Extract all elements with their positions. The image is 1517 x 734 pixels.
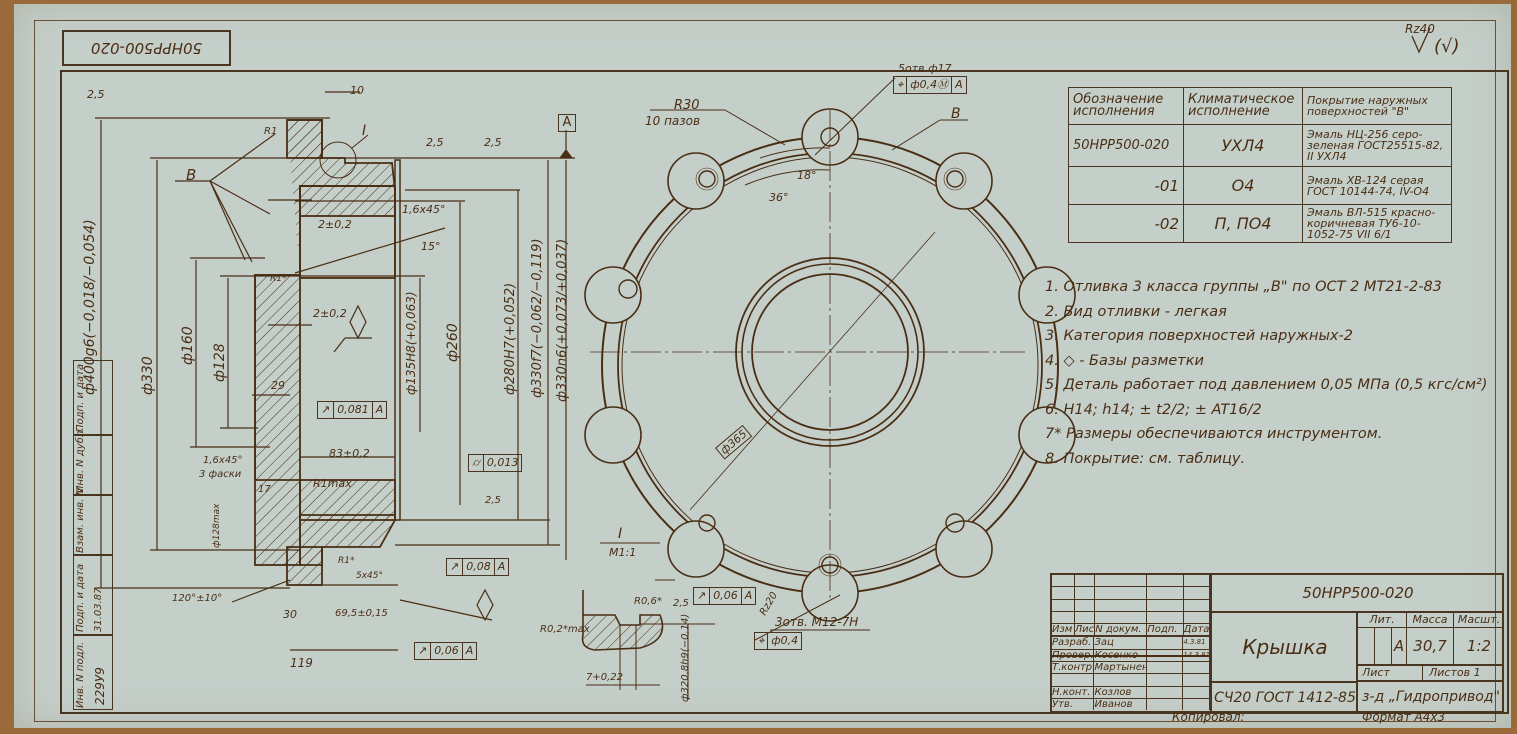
- detail-label: I: [618, 526, 622, 542]
- dim-2-tol-2: 2±0,2: [313, 307, 347, 320]
- header-climate: Климатическое исполнение: [1184, 88, 1303, 125]
- table-row: -01 О4 Эмаль ХВ-124 серая ГОСТ 10144-74,…: [1069, 167, 1452, 205]
- note-2: 2. Вид отливки - легкая: [1045, 300, 1487, 325]
- holes-top-label: 5отв.ф17: [898, 62, 952, 75]
- execution-table: Обозначение исполнения Климатическое исп…: [1068, 87, 1452, 243]
- detail-roughness: 2,5: [673, 598, 689, 609]
- note-8: 8. Покрытие: см. таблицу.: [1045, 447, 1487, 472]
- table-row: 50НРР500-020 УХЛ4 Эмаль НЦ-256 серо-зеле…: [1069, 125, 1452, 167]
- slot-count: 10 пазов: [645, 114, 700, 128]
- role-row: Т.контр. Мартыненко: [1052, 662, 1210, 674]
- dim-15deg: 15°: [421, 240, 441, 253]
- angle-36: 36°: [769, 191, 789, 204]
- note-1: 1. Отливка 3 класса группы „В" по ОСТ 2 …: [1045, 275, 1487, 300]
- dim-d128max: ф128max: [212, 504, 222, 548]
- position-tolerance-frame: ⌖ ф0,4Ⓜ A: [893, 76, 967, 94]
- note-7: 7* Размеры обеспечиваются инструментом.: [1045, 422, 1487, 447]
- scale-value: 1:2: [1454, 628, 1504, 664]
- runout-frame-2: ↗ 0,08 A: [446, 558, 509, 576]
- dim-3-chamfers: 3 фаски: [199, 469, 241, 480]
- detail-7-tol: 7+0,22: [586, 672, 623, 683]
- roughness-label: 2,5: [485, 495, 501, 506]
- header-designation: Обозначение исполнения: [1069, 88, 1184, 125]
- role-row: Н.конт. Козлов: [1052, 687, 1210, 699]
- threaded-holes-position-frame: ⌖ ф0,4: [754, 632, 802, 650]
- dim-R1-star-2: R1*: [338, 556, 354, 566]
- note-3: 3. Категория поверхностей наружных-2: [1045, 324, 1487, 349]
- side-stamp: Подп. и дата Инв. N дубл. Взам. инв. N П…: [73, 360, 113, 710]
- roughness-label: 2,5: [87, 88, 105, 101]
- dim-chamfer-1: 1,6x45°: [402, 203, 446, 216]
- dim-83: 83±0,2: [329, 447, 370, 460]
- surface-B-label: В: [186, 166, 196, 184]
- detail-runout-frame: ↗ 0,06 A: [693, 587, 756, 605]
- table-row: -02 П, ПО4 Эмаль ВЛ-515 красно-коричнева…: [1069, 205, 1452, 243]
- header-coating: Покрытие наружных поверхностей "В": [1303, 88, 1452, 125]
- title-block: Изм Лист N докум. Подп. Дата Разраб. Зац…: [1050, 573, 1504, 713]
- note-5: 5. Деталь работает под давлением 0,05 МП…: [1045, 373, 1487, 398]
- dim-2-tol: 2±0,2: [318, 218, 352, 231]
- dia-280H7: ф280H7(+0,052): [503, 283, 518, 395]
- dim-R1-star: R1*: [270, 274, 286, 284]
- dia-330n6: ф330n6(+0,073/+0,037): [555, 239, 570, 402]
- dim-R1: R1: [264, 126, 277, 137]
- dim-119: 119: [290, 656, 313, 670]
- technical-requirements: 1. Отливка 3 класса группы „В" по ОСТ 2 …: [1045, 275, 1487, 471]
- role-row: Провер. Косенко 14.3.81: [1052, 650, 1210, 662]
- dim-chamfer-2: 1,6x45°: [203, 455, 243, 466]
- dia-128: ф128: [212, 343, 228, 382]
- plan-surface-B: В: [951, 106, 961, 122]
- note-4: 4. ◇ - Базы разметки: [1045, 349, 1487, 374]
- dim-10: 10: [350, 84, 364, 97]
- revision-header-row: Изм Лист N докум. Подп. Дата: [1052, 624, 1210, 637]
- dia-330: ф330: [140, 356, 156, 395]
- detail-d320: ф320,8h9(−0,14): [680, 614, 691, 702]
- dim-30: 30: [283, 608, 297, 621]
- slot-radius: R30: [674, 98, 700, 113]
- roughness-label: 2,5: [426, 136, 444, 149]
- dia-330f7: ф330f7(−0,062/−0,119): [530, 238, 545, 398]
- material: СЧ20 ГОСТ 1412-85: [1210, 681, 1358, 713]
- role-row: Разраб. Зац 4.3.81: [1052, 637, 1210, 649]
- role-row: [1052, 674, 1210, 686]
- sign-date: 31.03.87: [93, 587, 104, 632]
- format-label: Формат А4х3: [1362, 710, 1445, 724]
- table-header-row: Обозначение исполнения Климатическое исп…: [1069, 88, 1452, 125]
- mass-value: 30,7: [1407, 628, 1454, 664]
- detail-r02max: R0,2*max: [540, 624, 590, 635]
- detail-mark-I: I: [362, 123, 366, 139]
- doc-code: 50НРР500-020: [1210, 575, 1504, 613]
- detail-r06: R0,6*: [634, 596, 662, 607]
- runout-frame-1: ↗ 0,081 A: [317, 401, 387, 419]
- title-block-right: Лит. Масса Масшт. А 30,7 1:2 Лист Листов…: [1356, 613, 1504, 711]
- dim-69-5: 69,5±0,15: [335, 608, 388, 619]
- copied-label: Копировал:: [1172, 710, 1245, 724]
- part-name: Крышка: [1210, 613, 1358, 681]
- detail-scale: М1:1: [609, 546, 636, 559]
- datum-A: A: [558, 114, 576, 132]
- revision-grid: Изм Лист N докум. Подп. Дата Разраб. Зац…: [1052, 575, 1210, 711]
- dim-R1max: R1max: [313, 477, 352, 490]
- threaded-holes-label: 3отв. М12-7Н: [775, 615, 858, 629]
- role-row: Утв. Иванов: [1052, 699, 1210, 710]
- dim-120deg: 120°±10°: [172, 593, 222, 604]
- roughness-label: 2,5: [484, 136, 502, 149]
- runout-frame-3: ↗ 0,06 A: [414, 642, 477, 660]
- lit-value: А: [1392, 628, 1407, 664]
- plan-view: [585, 78, 1075, 640]
- dia-160: ф160: [180, 326, 196, 365]
- dim-17: 17: [258, 484, 271, 495]
- cylindricity-frame: ⌭ 0,013: [468, 454, 522, 472]
- dim-5x45: 5x45°: [356, 571, 383, 581]
- dia-260: ф260: [445, 323, 461, 362]
- inventory-number: 229У9: [93, 667, 107, 705]
- dia-135H8: ф135H8(+0,063): [404, 291, 418, 395]
- dim-29: 29: [271, 379, 285, 392]
- organization: з-д „Гидропривод": [1358, 682, 1504, 712]
- angle-18: 18°: [797, 169, 817, 182]
- note-6: 6. Н14; h14; ± t2/2; ± AT16/2: [1045, 398, 1487, 423]
